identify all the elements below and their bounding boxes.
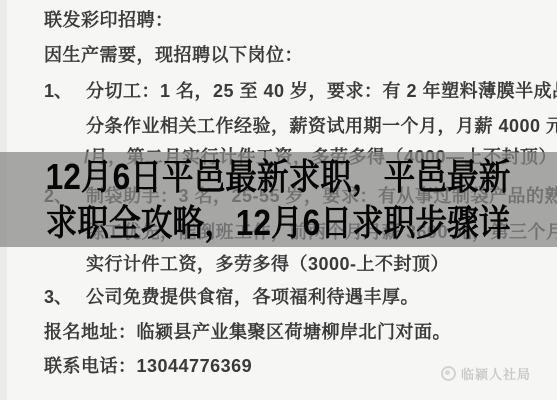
headline-overlay-band: 12月6日平邑最新求职，平邑最新 求职全攻略，12月6日求职步骤详 — [0, 152, 557, 247]
watermark-text: 临颍人社局 — [461, 364, 531, 383]
signup-address: 报名地址：临颍县产业集聚区荷塘柳岸北门对面。 — [44, 322, 451, 342]
item-3-line-1: 公司免费提供食宿，各项福利待遇丰厚。 — [86, 287, 419, 307]
headline-line-2: 求职全攻略，12月6日求职步骤详 — [46, 201, 511, 245]
item-2-line-3: 实行计件工资，多劳多得（3000-上不封顶） — [86, 254, 449, 274]
recruitment-notice-photo: 联发彩印招聘： 因生产需要，现招聘以下岗位： 1、 分切工：1 名，25 至 4… — [0, 0, 557, 400]
item-1-number: 1、 — [44, 81, 72, 101]
item-1-line-2: 分条作业相关工作经验，薪资试用期一个月，月薪 4000 元 — [86, 116, 557, 136]
watermark: 临颍人社局 — [441, 364, 531, 383]
item-3-number: 3、 — [44, 287, 72, 307]
contact-phone: 联系电话：13044776369 — [44, 356, 252, 376]
doc-title: 联发彩印招聘： — [44, 10, 174, 30]
item-1-line-1: 分切工：1 名，25 至 40 岁，要求：有 2 年塑料薄膜半成品 — [86, 81, 557, 101]
doc-intro: 因生产需要，现招聘以下岗位： — [44, 45, 303, 65]
headline-line-1: 12月6日平邑最新求职，平邑最新 — [46, 155, 511, 199]
watermark-logo-icon — [441, 366, 456, 381]
